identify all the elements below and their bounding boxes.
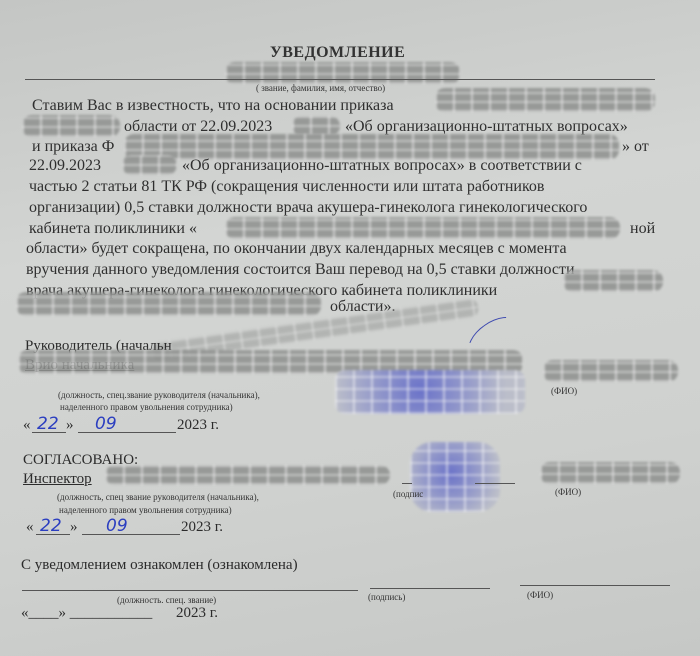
redacted-inspector-fio: [540, 462, 680, 484]
redacted-recipient: [225, 62, 460, 84]
approved-fio-caption: (ФИО): [555, 487, 581, 497]
approved-signature-line-right: [475, 483, 515, 484]
body-line-3-left: и приказа Ф: [32, 138, 114, 156]
approved-date-month-line: [82, 534, 180, 535]
ack-signature-line[interactable]: [370, 588, 490, 589]
ack-position-line[interactable]: [22, 590, 358, 591]
approved-position-caption-2: наделенного правом увольнения сотрудника…: [59, 505, 232, 515]
ack-signature-caption: (подпись): [368, 592, 405, 602]
ack-date-blank[interactable]: «____» ___________: [21, 605, 152, 622]
body-line-7-right: ной: [630, 220, 655, 238]
redacted-clinic-name: [225, 217, 620, 239]
redacted-order-number-2: [122, 155, 177, 175]
body-line-4-left: 22.09.2023: [29, 157, 101, 175]
ack-position-caption: (должность. спец. звание): [117, 595, 216, 605]
ack-heading: С уведомлением ознакомлен (ознакомлена): [21, 557, 298, 574]
redacted-head-fio: [543, 360, 678, 382]
head-position-caption: (должность, спец.звание руководителя (на…: [58, 390, 260, 400]
body-line-1: Ставим Вас в известность, что на основан…: [32, 97, 394, 115]
approved-position-caption: (должность, спец звание руководителя (на…: [57, 492, 259, 502]
approved-signature-caption: (подпис: [393, 489, 423, 499]
document-page: УВЕДОМЛЕНИЕ ( звание, фамилия, имя, отче…: [0, 0, 700, 656]
approved-date-close: »: [70, 519, 78, 536]
approved-date-day[interactable]: 22: [40, 516, 62, 536]
document-title: УВЕДОМЛЕНИЕ: [270, 44, 405, 62]
body-line-4-right: «Об организационно-штатных вопросах» в с…: [182, 157, 657, 175]
redacted-clinic-name-2: [563, 270, 663, 292]
ack-date-year: 2023 г.: [176, 605, 218, 622]
approved-date-month[interactable]: 09: [106, 516, 128, 536]
redacted-inspector-name: [105, 465, 390, 485]
body-line-3-right: » от: [622, 138, 649, 156]
head-date-month[interactable]: 09: [95, 414, 117, 434]
body-line-7-left: кабинета поликлиники «: [29, 220, 197, 238]
head-date-day[interactable]: 22: [37, 414, 59, 434]
head-fio-caption: (ФИО): [551, 386, 577, 396]
approved-signature-line-left: [402, 483, 412, 484]
redacted-region-name-2: [16, 292, 321, 316]
body-line-8: области» будет сокращена, по окончании д…: [26, 240, 567, 258]
head-position-caption-2: наделенного правом увольнения сотрудника…: [60, 402, 233, 412]
redacted-order-issuer: [435, 88, 655, 112]
head-date-open: «: [23, 417, 31, 434]
redacted-region-name: [22, 115, 120, 137]
body-line-6: организации) 0,5 ставки должности врача …: [29, 199, 587, 217]
head-date-day-line: [32, 432, 66, 433]
approved-title-line: Инспектор: [23, 471, 92, 488]
redacted-head-signature: [335, 370, 525, 414]
recipient-underline: [25, 79, 655, 80]
recipient-caption: ( звание, фамилия, имя, отчество): [256, 83, 385, 93]
redacted-order-number-1: [292, 116, 340, 136]
approved-date-day-line: [36, 534, 70, 535]
ack-fio-line[interactable]: [520, 585, 670, 586]
approved-date-open: «: [26, 519, 34, 536]
body-line-9: вручения данного уведомления состоится В…: [26, 261, 575, 279]
head-date-close: »: [66, 417, 74, 434]
body-line-5: частью 2 статьи 81 ТК РФ (сокращения чис…: [29, 178, 544, 196]
approved-date-year: 2023 г.: [181, 519, 223, 536]
redacted-inspector-signature: [410, 442, 500, 512]
ack-fio-caption: (ФИО): [527, 590, 553, 600]
head-date-year: 2023 г.: [177, 417, 219, 434]
head-date-month-line: [78, 432, 176, 433]
